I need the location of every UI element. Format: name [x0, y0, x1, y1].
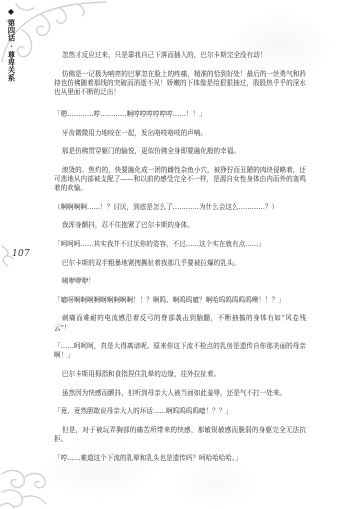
paragraph: 仿佛是一记极为响亮的巴掌忽在脸上的疼痛，精准的恰到好处！最后的一丝勇气和矜持也仿…: [54, 70, 306, 98]
dialogue-line: 「嗯…………哼…………啊哼哼哼哼哼哼……！！」: [54, 110, 306, 119]
paragraph: 刺痛而难耐的电流感沿着反弓的脊部袭击到脑髓，不断抽搐的身体有如“风卷残云”！: [54, 314, 306, 332]
paragraph: 那是仿佛贯穿躯门的愉悦，更似仿佛全身即要融化般的幸福。: [54, 147, 306, 156]
dialogue-line: 「竟、竟然胆敢说母亲大人的坏话……啊呜呜呜呜噫！？？」: [54, 407, 306, 416]
swirl-ornament-icon: [0, 462, 55, 509]
paragraph: 我浑身颤抖，忍不住抱紧了巴尔卡斯的身体。: [54, 221, 306, 230]
inner-thought-line: （啊啊啊啊……！？讨厌，到底是怎么了…………为什么会这么…………？）: [54, 203, 306, 212]
paragraph: 虽然因为快感而颤抖，但听到母亲大人被当面如此羞辱，还是气不打一处来。: [54, 389, 306, 398]
dialogue-line: 「……呵呵呵，真是大得离谱呢。原来你这下流不检点的乳房是遗传自你那美丽的母亲啊！…: [54, 342, 306, 360]
paragraph: 咦咿咿咿！: [54, 277, 306, 286]
chapter-title: 第四话·尊卑关系: [5, 19, 17, 81]
dialogue-line: 「哼……难道这个下流的乳晕和乳头也是遗传吗？呵哈哈哈哈。」: [54, 454, 306, 463]
paragraph: 但是，对于被玩弄胸部的痛苦所带来的快感，那敏锐敏感而脆弱的身躯完全无法抗拒。: [54, 426, 306, 444]
page-number: 107: [12, 249, 30, 259]
diamond-icon: ◆: [6, 7, 16, 16]
dialogue-line: 「呵呵呵……其实我并不讨厌你的姿容，不过……这个实在就有点……」: [54, 240, 306, 249]
paragraph: 牙齿微微用力地咬在一起，发出咯吱咯吱的声响。: [54, 129, 306, 138]
dialogue-line: 「噫呀啊啊啊啊啊啊啊啊啊！！？啊呜、啊呜呜噫？啊哈呜呜呜呜呜噢！！？」: [54, 296, 306, 305]
body-text: 忽然才反应过来，只是靠我自己下落而插入的，巴尔卡斯完全没有动！ 仿佛是一记极为响…: [54, 51, 306, 472]
paragraph: 忽然才反应过来，只是靠我自己下落而插入的，巴尔卡斯完全没有动！: [54, 51, 306, 60]
paragraph: 巴尔卡斯用拇指和食指捏住乳晕的边缘，往外拉扯着。: [54, 370, 306, 379]
paragraph: 巴尔卡斯的双手粗暴地紧拽撕扯着我那几乎要被拉爆的乳头。: [54, 259, 306, 268]
paragraph: 滚烫的、焦灼的，快要融化成一团的雌性杂鱼小穴，被狰狞而丑陋的肉块侵略着，还可悲地…: [54, 166, 306, 194]
